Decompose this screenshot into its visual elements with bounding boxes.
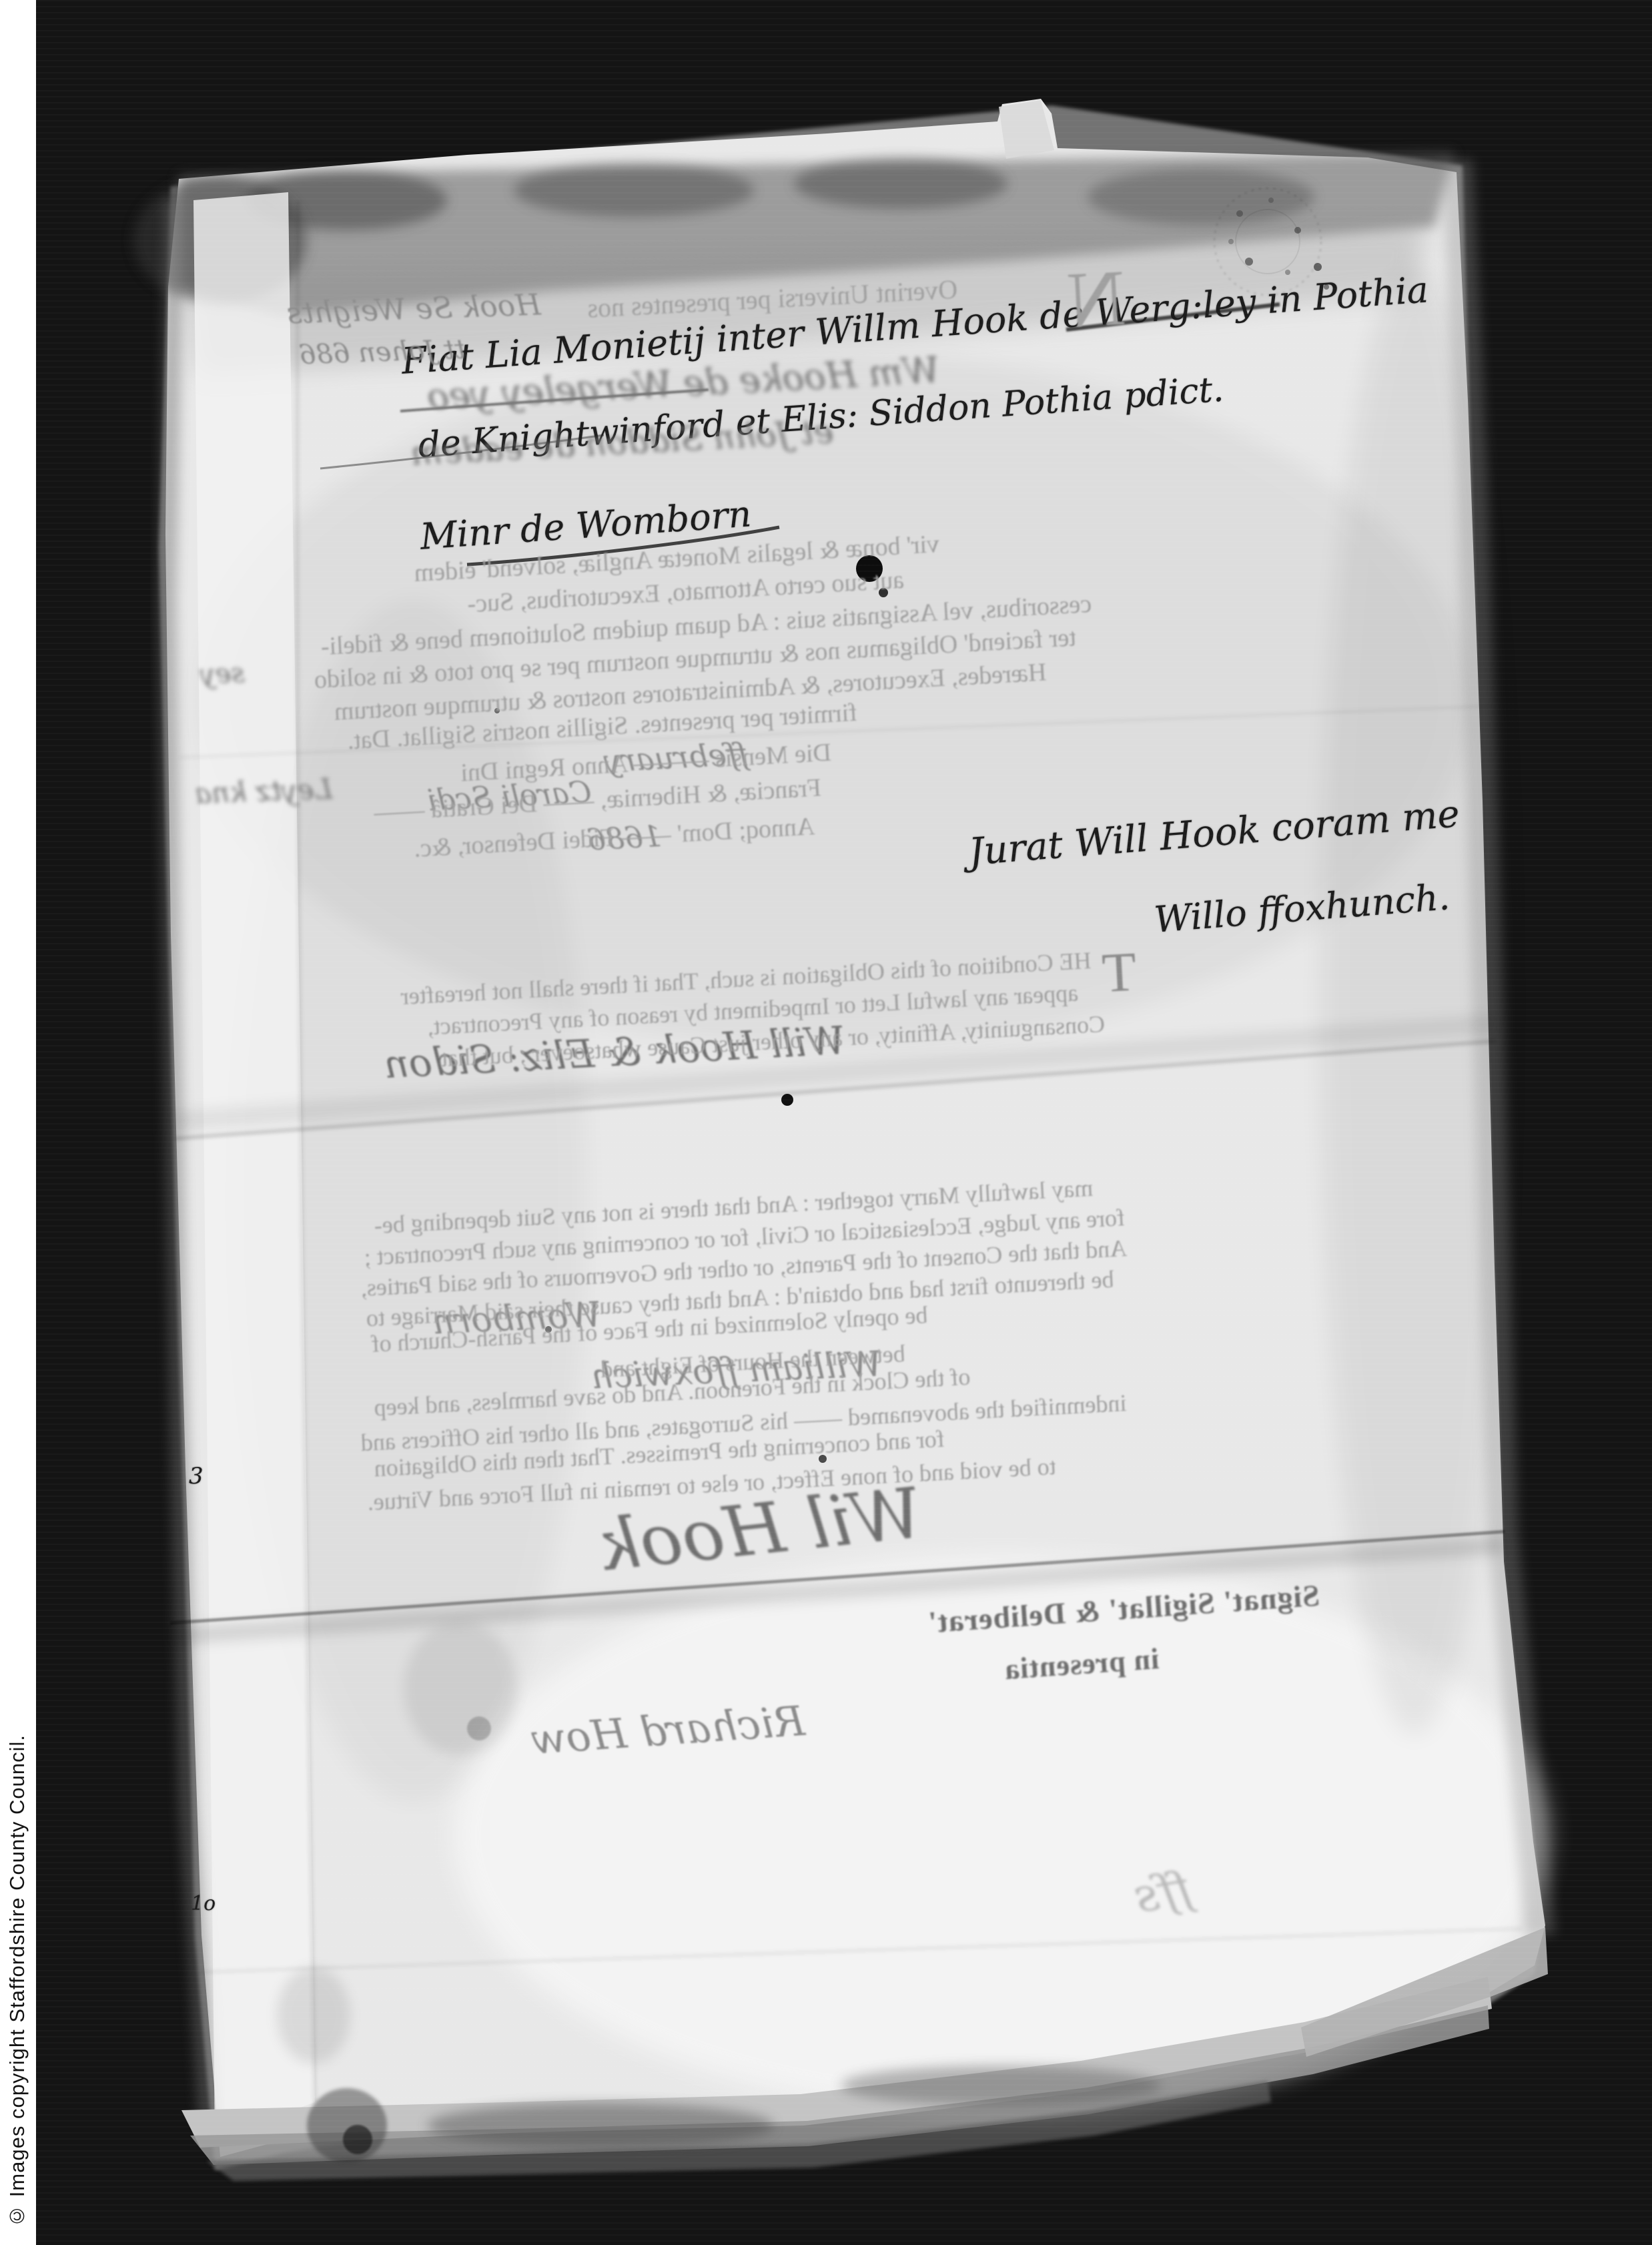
bleed-condition-initial: T	[1101, 944, 1138, 1002]
copyright-strip: © Images copyright Staffordshire County …	[0, 0, 36, 2245]
bleed-scribble-2: tt Johen 686	[298, 336, 465, 369]
scan-background: Fiat Lia Monietij inter Willm Hook de We…	[0, 0, 1652, 2245]
bleed-fragment-1: Leytz kna	[194, 775, 333, 808]
margin-mark-2: 1o	[191, 1894, 216, 1914]
margin-mark-1: 3	[189, 1465, 203, 1488]
bleed-scribble-1: Hook Se Weights	[286, 290, 541, 328]
bleed-fragment-2: sey	[199, 660, 245, 688]
copyright-text: © Images copyright Staffordshire County …	[5, 1734, 29, 2228]
bleed-print-initial-n: N	[1066, 258, 1128, 340]
bleed-tail-flourish: ffs	[1131, 1864, 1195, 1920]
